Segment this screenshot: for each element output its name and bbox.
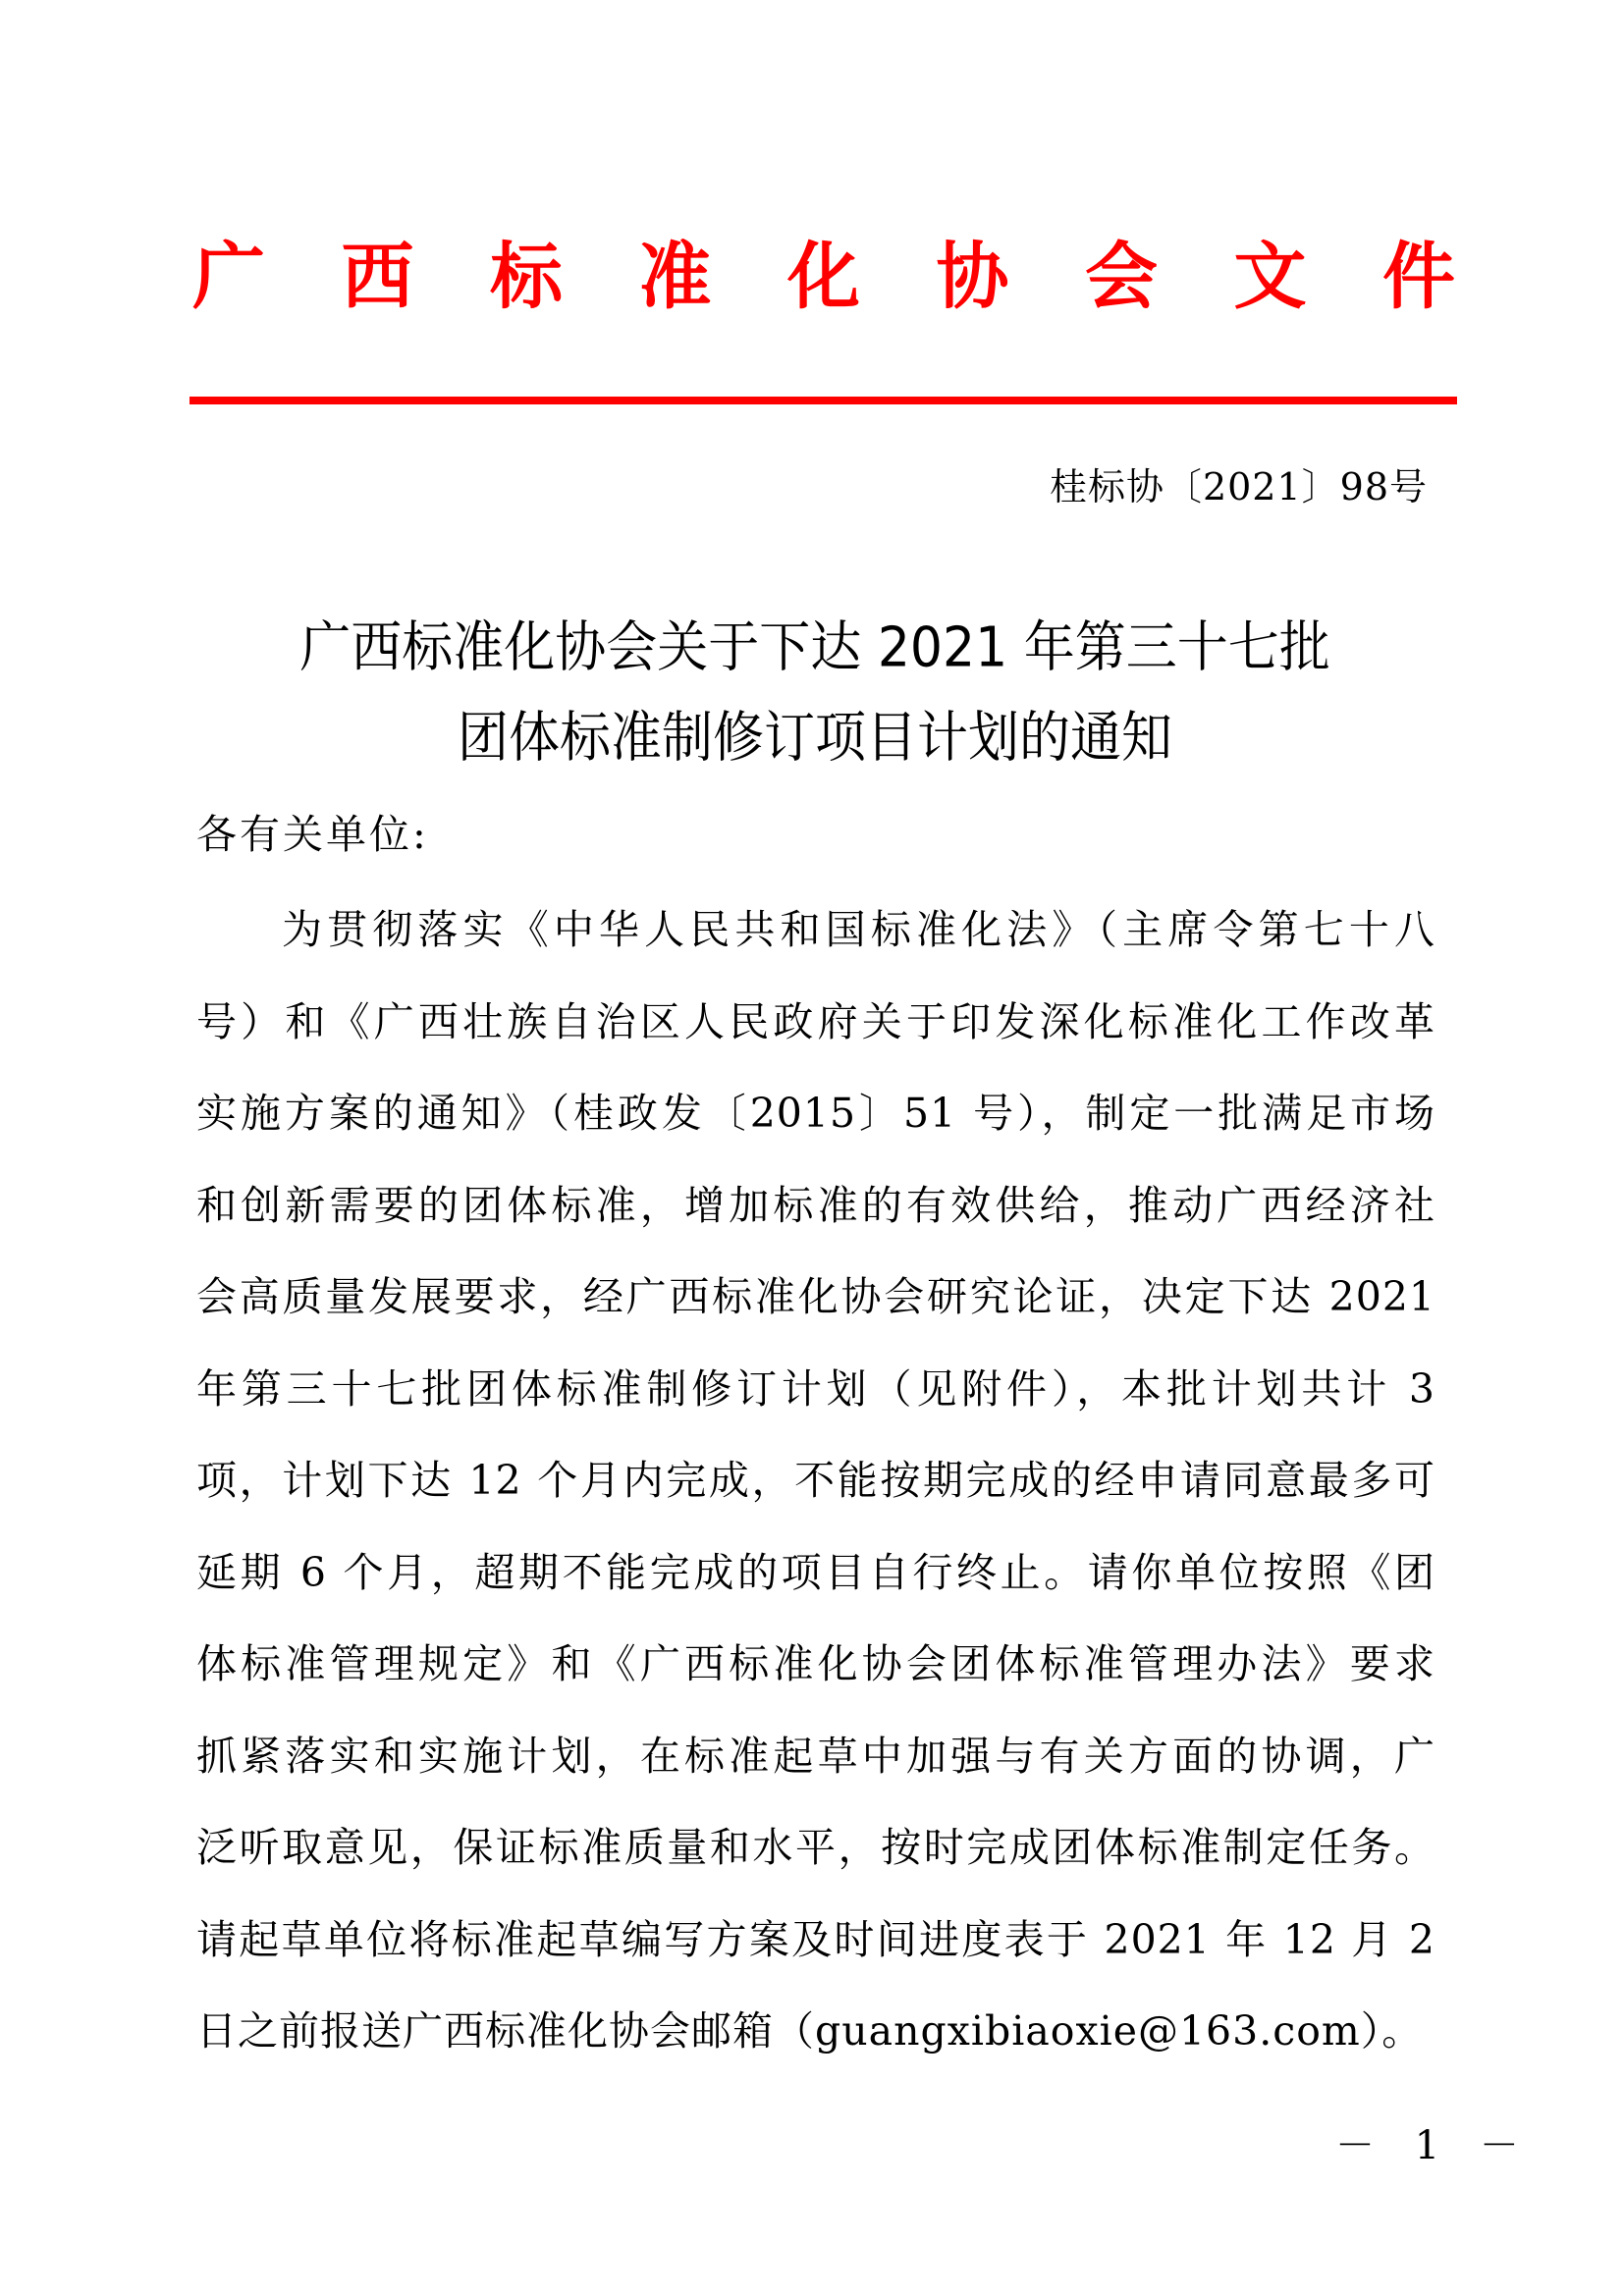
body-line: 抓紧落实和实施计划，在标准起草中加强与有关方面的协调，广 — [196, 1727, 1435, 1819]
header-char: 协 — [934, 228, 1012, 326]
body-text: 为贯彻落实《中华人民共和国标准化法》（主席令第七十八 号）和《广西壮族自治区人民… — [196, 900, 1435, 2094]
body-line: 号）和《广西壮族自治区人民政府关于印发深化标准化工作改革 — [196, 992, 1435, 1085]
header-char: 西 — [339, 228, 417, 326]
body-line: 会高质量发展要求，经广西标准化协会研究论证，决定下达 2021 — [196, 1267, 1435, 1360]
body-line: 泛听取意见，保证标准质量和水平，按时完成团体标准制定任务。 — [196, 1818, 1435, 1910]
issuing-organization-header: 广 西 标 准 化 协 会 文 件 — [189, 228, 1458, 326]
document-title-line-1: 广西标准化协会关于下达 2021 年第三十七批 — [177, 614, 1453, 681]
header-char: 文 — [1231, 228, 1310, 326]
header-char: 标 — [487, 228, 566, 326]
page-number: － 1 － — [1335, 2118, 1533, 2173]
body-line: 项，计划下达 12 个月内完成，不能按期完成的经申请同意最多可 — [196, 1451, 1435, 1543]
body-line-last: 日之前报送广西标准化协会邮箱（guangxibiaoxie@163.com）。 — [196, 2002, 1435, 2094]
header-char: 广 — [189, 228, 268, 326]
body-line: 和创新需要的团体标准，增加标准的有效供给，推动广西经济社 — [196, 1176, 1435, 1268]
header-char: 件 — [1380, 228, 1458, 326]
header-char: 化 — [785, 228, 863, 326]
body-line: 年第三十七批团体标准制修订计划（见附件），本批计划共计 3 — [196, 1360, 1435, 1452]
body-line: 体标准管理规定》和《广西标准化协会团体标准管理办法》要求 — [196, 1634, 1435, 1727]
salutation: 各有关单位: — [196, 807, 429, 862]
document-title-line-2: 团体标准制修订项目计划的通知 — [177, 704, 1453, 772]
header-char: 准 — [636, 228, 715, 326]
body-line: 请起草单位将标准起草编写方案及时间进度表于 2021 年 12 月 2 — [196, 1910, 1435, 2002]
header-char: 会 — [1082, 228, 1161, 326]
document-number: 桂标协〔2021〕98号 — [1050, 459, 1428, 514]
body-line: 实施方案的通知》（桂政发〔2015〕51 号），制定一批满足市场 — [196, 1084, 1435, 1176]
red-header-rule — [189, 397, 1457, 404]
body-line: 为贯彻落实《中华人民共和国标准化法》（主席令第七十八 — [196, 900, 1435, 992]
body-line: 延期 6 个月，超期不能完成的项目自行终止。请你单位按照《团 — [196, 1543, 1435, 1635]
document-page: 广 西 标 准 化 协 会 文 件 桂标协〔2021〕98号 广西标准化协会关于… — [0, 0, 1624, 2296]
